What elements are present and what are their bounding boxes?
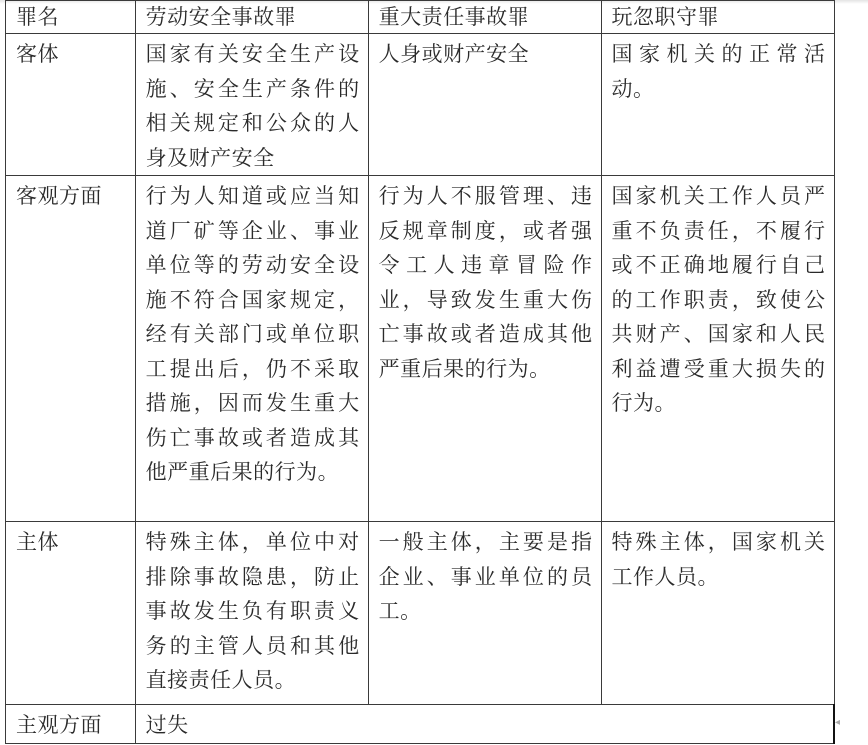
cell-text: 行为人不服管理、违反规章制度，或者强令工人违章冒险作业，导致发生重大伤亡事故或者… (379, 179, 593, 386)
cell-text: 国家机关的正常活动。 (612, 37, 826, 106)
table-cell: 人身或财产安全 (368, 34, 601, 176)
table-cell: 行为人不服管理、违反规章制度，或者强令工人违章冒险作业，导致发生重大伤亡事故或者… (368, 176, 601, 522)
merged-cell: 过失 (135, 705, 834, 744)
cell-text: 国家机关工作人员严重不负责任，不履行或不正确地履行自己的工作职责，致使公共财产、… (612, 179, 826, 421)
table-cell: 特殊主体，单位中对排除事故隐患，防止事故发生负有职责义务的主管人员和其他直接责任… (135, 522, 368, 705)
cell-text: 行为人知道或应当知道厂矿等企业、事业单位等的劳动安全设施不符合国家规定，经有关部… (146, 179, 360, 490)
row-label: 客体 (6, 34, 136, 176)
header-label-cell: 罪名 (6, 1, 136, 34)
row-label: 主观方面 (6, 705, 136, 744)
table-row: 主观方面 过失 (6, 705, 835, 744)
cell-text: 特殊主体，单位中对排除事故隐患，防止事故发生负有职责义务的主管人员和其他直接责任… (146, 525, 360, 698)
header-col-labor-safety: 劳动安全事故罪 (135, 1, 368, 34)
table-row: 客观方面 行为人知道或应当知道厂矿等企业、事业单位等的劳动安全设施不符合国家规定… (6, 176, 835, 522)
header-col-major-liability: 重大责任事故罪 (368, 1, 601, 34)
table-cell: 国家机关工作人员严重不负责任，不履行或不正确地履行自己的工作职责，致使公共财产、… (601, 176, 834, 522)
resize-handle-icon: ◂ (835, 718, 841, 728)
crime-comparison-table: 罪名 劳动安全事故罪 重大责任事故罪 玩忽职守罪 客体 国家有关安全生产设施、安… (5, 0, 835, 744)
table-cell: 行为人知道或应当知道厂矿等企业、事业单位等的劳动安全设施不符合国家规定，经有关部… (135, 176, 368, 522)
row-label: 主体 (6, 522, 136, 705)
row-label: 客观方面 (6, 176, 136, 522)
table-cell: 特殊主体，国家机关工作人员。 (601, 522, 834, 705)
table-cell: 一般主体，主要是指企业、事业单位的员工。 (368, 522, 601, 705)
header-row: 罪名 劳动安全事故罪 重大责任事故罪 玩忽职守罪 (6, 1, 835, 34)
table-row: 客体 国家有关安全生产设施、安全生产条件的相关规定和公众的人身及财产安全 人身或… (6, 34, 835, 176)
cell-text: 国家有关安全生产设施、安全生产条件的相关规定和公众的人身及财产安全 (146, 37, 360, 175)
cell-text: 人身或财产安全 (379, 37, 593, 72)
cell-text: 一般主体，主要是指企业、事业单位的员工。 (379, 525, 593, 629)
table-cell: 国家有关安全生产设施、安全生产条件的相关规定和公众的人身及财产安全 (135, 34, 368, 176)
table-cell: 国家机关的正常活动。 (601, 34, 834, 176)
table-row: 主体 特殊主体，单位中对排除事故隐患，防止事故发生负有职责义务的主管人员和其他直… (6, 522, 835, 705)
header-col-dereliction: 玩忽职守罪 (601, 1, 834, 34)
cell-text: 特殊主体，国家机关工作人员。 (612, 525, 826, 594)
